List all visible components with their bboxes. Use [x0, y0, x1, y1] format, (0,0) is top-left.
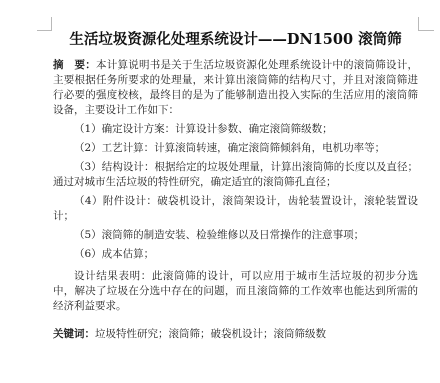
document-title: 生活垃圾资源化处理系统设计——DN1500 滚筒筛 [53, 30, 418, 49]
keywords-text: 垃圾特性研究；滚筒筛；破袋机设计；滚筒筛级数 [95, 328, 326, 340]
document-page: 生活垃圾资源化处理系统设计——DN1500 滚筒筛 摘 要：本计算说明书是关于生… [0, 0, 440, 383]
work-item-1: （1）确定设计方案：计算设计参数、确定滚筒筛级数； [53, 122, 418, 137]
work-item-2: （2）工艺计算：计算滚筒转速，确定滚筒筛倾斜角，电机功率等； [53, 141, 418, 156]
work-item-4: （4）附件设计：破袋机设计，滚筒架设计，齿轮装置设计，滚轮装置设计； [53, 194, 418, 224]
work-item-6: （6）成本估算； [53, 247, 418, 262]
work-item-5: （5）滚筒筛的制造安装、检验维修以及日常操作的注意事项； [53, 228, 418, 243]
abstract-text: 本计算说明书是关于生活垃圾资源化处理系统设计中的滚筒筛设计，主要根据任务所要求的… [53, 59, 418, 116]
abstract-label: 摘 要： [53, 59, 96, 71]
abstract-paragraph: 摘 要：本计算说明书是关于生活垃圾资源化处理系统设计中的滚筒筛设计，主要根据任务… [53, 58, 418, 118]
conclusion-paragraph: 设计结果表明：此滚筒筛的设计，可以应用于城市生活垃圾的初步分选中，解决了垃圾在分… [53, 269, 418, 314]
text-boundary-mark-top-left [37, 17, 52, 31]
work-item-3: （3）结构设计：根据给定的垃圾处理量，计算出滚筒筛的长度以及直径；通过对城市生活… [53, 160, 418, 190]
keywords-paragraph: 关键词：垃圾特性研究；滚筒筛；破袋机设计；滚筒筛级数 [53, 327, 418, 342]
document-content: 生活垃圾资源化处理系统设计——DN1500 滚筒筛 摘 要：本计算说明书是关于生… [53, 30, 418, 342]
keywords-label: 关键词： [53, 328, 95, 340]
text-boundary-mark-top-right [418, 17, 434, 31]
